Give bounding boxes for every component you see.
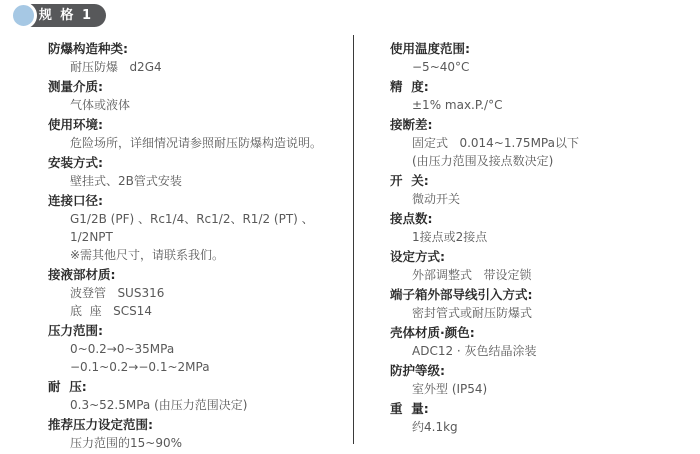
spec-label: 端子箱外部导线引入方式: [390,286,682,304]
spec-value: −0.1~0.2→−0.1~2MPa [48,358,346,376]
spec-label: 使用温度范围: [390,40,682,58]
spec-section: 端子箱外部导线引入方式:密封管式或耐压防爆式 [390,286,682,322]
spec-value: ±1% max.P./°C [390,96,682,114]
spec-section: 使用温度范围:−5~40°C [390,40,682,76]
spec-value: 固定式 0.014~1.75MPa以下 [390,134,682,152]
spec-value: 微动开关 [390,190,682,208]
spec-section: 测量介质:气体或液体 [48,78,346,114]
spec-label: 连接口径: [48,192,346,210]
spec-value: G1/2B (PF) 、Rc1/4、Rc1/2、R1/2 (PT) 、1/2NP… [48,210,346,246]
spec-value: 耐压防爆 d2G4 [48,58,346,76]
spec-label: 接断差: [390,116,682,134]
spec-label: 设定方式: [390,248,682,266]
spec-section: 设定方式:外部调整式 带设定锁 [390,248,682,284]
spec-value: 0~0.2→0~35MPa [48,340,346,358]
spec-section: 连接口径:G1/2B (PF) 、Rc1/4、Rc1/2、R1/2 (PT) 、… [48,192,346,264]
spec-section: 精 度:±1% max.P./°C [390,78,682,114]
spec-section: 安装方式:壁挂式、2B管式安装 [48,154,346,190]
spec-label: 使用环境: [48,116,346,134]
spec-section: 防护等级:室外型 (IP54) [390,362,682,398]
spec-value: 危险场所，详细情况请参照耐压防爆构造说明。 [48,134,346,152]
spec-section: 使用环境:危险场所，详细情况请参照耐压防爆构造说明。 [48,116,346,152]
spec-label: 壳体材质·颜色: [390,324,682,342]
spec-section: 重 量:约4.1kg [390,400,682,436]
spec-value: 密封管式或耐压防爆式 [390,304,682,322]
spec-value: 0.3~52.5MPa (由压力范围决定) [48,396,346,414]
spec-label: 推荐压力设定范围: [48,416,346,434]
spec-section: 接点数:1接点或2接点 [390,210,682,246]
spec-value: 约4.1kg [390,418,682,436]
spec-label: 接液部材质: [48,266,346,284]
spec-column-left: 防爆构造种类:耐压防爆 d2G4测量介质:气体或液体使用环境:危险场所，详细情况… [48,40,346,454]
spec-label: 精 度: [390,78,682,96]
spec-section: 压力范围:0~0.2→0~35MPa−0.1~0.2→−0.1~2MPa [48,322,346,376]
spec-value: 压力范围的15~90% [48,434,346,452]
spec-section: 耐 压:0.3~52.5MPa (由压力范围决定) [48,378,346,414]
spec-value: 底 座 SCS14 [48,302,346,320]
spec-value: ※需其他尺寸，请联系我们。 [48,246,346,264]
spec-value: ADC12 · 灰色结晶涂装 [390,342,682,360]
spec-label: 重 量: [390,400,682,418]
spec-section: 推荐压力设定范围:压力范围的15~90% [48,416,346,452]
spec-label: 压力范围: [48,322,346,340]
spec-value: 室外型 (IP54) [390,380,682,398]
spec-section: 开 关:微动开关 [390,172,682,208]
spec-value: 壁挂式、2B管式安装 [48,172,346,190]
spec-label: 防护等级: [390,362,682,380]
spec-value: 1接点或2接点 [390,228,682,246]
header-circle-icon [10,2,37,29]
spec-label: 防爆构造种类: [48,40,346,58]
spec-label: 测量介质: [48,78,346,96]
spec-label: 开 关: [390,172,682,190]
spec-value: 气体或液体 [48,96,346,114]
spec-section: 防爆构造种类:耐压防爆 d2G4 [48,40,346,76]
spec-label: 安装方式: [48,154,346,172]
spec-label: 接点数: [390,210,682,228]
column-divider [353,35,354,444]
spec-column-right: 使用温度范围:−5~40°C精 度:±1% max.P./°C接断差:固定式 0… [390,40,682,438]
spec-value: 波登管 SUS316 [48,284,346,302]
spec-section: 壳体材质·颜色:ADC12 · 灰色结晶涂装 [390,324,682,360]
spec-label: 耐 压: [48,378,346,396]
spec-value: −5~40°C [390,58,682,76]
spec-value: 外部调整式 带设定锁 [390,266,682,284]
page-title: 规 格 1 [39,9,93,22]
spec-value: (由压力范围及接点数决定) [390,152,682,170]
spec-page: 规 格 1 防爆构造种类:耐压防爆 d2G4测量介质:气体或液体使用环境:危险场… [0,0,700,454]
spec-section: 接断差:固定式 0.014~1.75MPa以下(由压力范围及接点数决定) [390,116,682,170]
spec-section: 接液部材质:波登管 SUS316底 座 SCS14 [48,266,346,320]
